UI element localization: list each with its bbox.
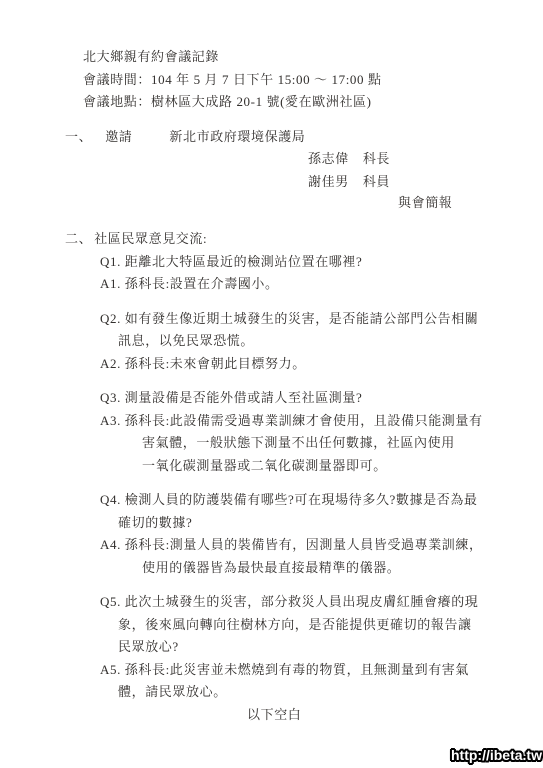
section-community-feedback: 二、社區民眾意見交流: Q1. 距離北大特區最近的檢測站位置在哪裡? A1. 孫… [65, 228, 505, 726]
qa-line: Q5. 此次土城發生的災害，部分救災人員出現皮膚紅腫會癢的現 [65, 591, 505, 614]
attendee-name: 孫志偉 [308, 151, 349, 166]
attendee-name: 謝佳男 [308, 174, 349, 189]
qa-line: Q3. 測量設備是否能外借或請人至社區測量? [65, 387, 505, 410]
attendee-row: 謝佳男科員 [308, 171, 390, 194]
section1-org: 新北市政府環境保護局 [169, 129, 305, 144]
document-header: 北大鄉親有約會議記錄 會議時間：104 年 5 月 7 日下午 15:00 ～ … [83, 46, 382, 114]
section1-label: 邀請 [105, 129, 132, 144]
qa-line: 象，後來風向轉向往樹林方向，是否能提供更確切的報告讓 [65, 614, 505, 637]
qa-line: A3. 孫科長:此設備需受過專業訓練才會使用，且設備只能測量有 [65, 410, 505, 433]
meeting-place-line: 會議地點：樹林區大成路 20-1 號(愛在歐洲社區) [83, 91, 382, 114]
qa-line: 一氧化碳測量器或二氧化碳測量器即可。 [65, 455, 505, 478]
qa-line: Q4. 檢測人員的防護裝備有哪些?可在現場待多久?數據是否為最 [65, 489, 505, 512]
section-invitation-line: 一、邀請新北市政府環境保護局 [65, 126, 305, 149]
section2-number: 二、 [65, 231, 92, 246]
qa-line: 確切的數據? [65, 512, 505, 535]
qa-line: 使用的儀器皆為最快最直接最精準的儀器。 [65, 557, 505, 580]
section-invitation: 一、邀請新北市政府環境保護局 [65, 126, 305, 149]
qa-line: Q2. 如有發生像近期土城發生的災害，是否能請公部門公告相關 [65, 308, 505, 331]
qa-line: A2. 孫科長:未來會朝此目標努力。 [65, 353, 505, 376]
document-title: 北大鄉親有約會議記錄 [83, 46, 382, 69]
qa-line: 民眾放心? [65, 636, 505, 659]
attendee-row: 孫志偉科長 [308, 148, 390, 171]
attend-briefing-note: 與會簡報 [398, 192, 452, 215]
attendee-title: 科長 [363, 151, 390, 166]
qa-line: 訊息，以免民眾恐慌。 [65, 330, 505, 353]
blank-below-marker: 以下空白 [65, 704, 505, 727]
section1-number: 一、 [65, 129, 92, 144]
meeting-time-line: 會議時間：104 年 5 月 7 日下午 15:00 ～ 17:00 點 [83, 69, 382, 92]
section2-heading: 社區民眾意見交流: [94, 231, 207, 246]
qa-line: 體，請民眾放心。 [65, 681, 505, 704]
qa-line: Q1. 距離北大特區最近的檢測站位置在哪裡? [65, 251, 505, 274]
section2-heading-line: 二、社區民眾意見交流: [65, 228, 505, 251]
qa-line: A4. 孫科長:測量人員的裝備皆有，因測量人員皆受過專業訓練， [65, 534, 505, 557]
attendee-list: 孫志偉科長 謝佳男科員 [308, 148, 390, 193]
attendee-title: 科員 [363, 174, 390, 189]
ibeta-watermark: http://ibeta.tw [451, 745, 542, 765]
qa-line: A1. 孫科長:設置在介壽國小。 [65, 273, 505, 296]
qa-line: 害氣體，一般狀態下測量不出任何數據，社區內使用 [65, 432, 505, 455]
qa-line: A5. 孫科長:此災害並未燃燒到有毒的物質，且無測量到有害氣 [65, 659, 505, 682]
